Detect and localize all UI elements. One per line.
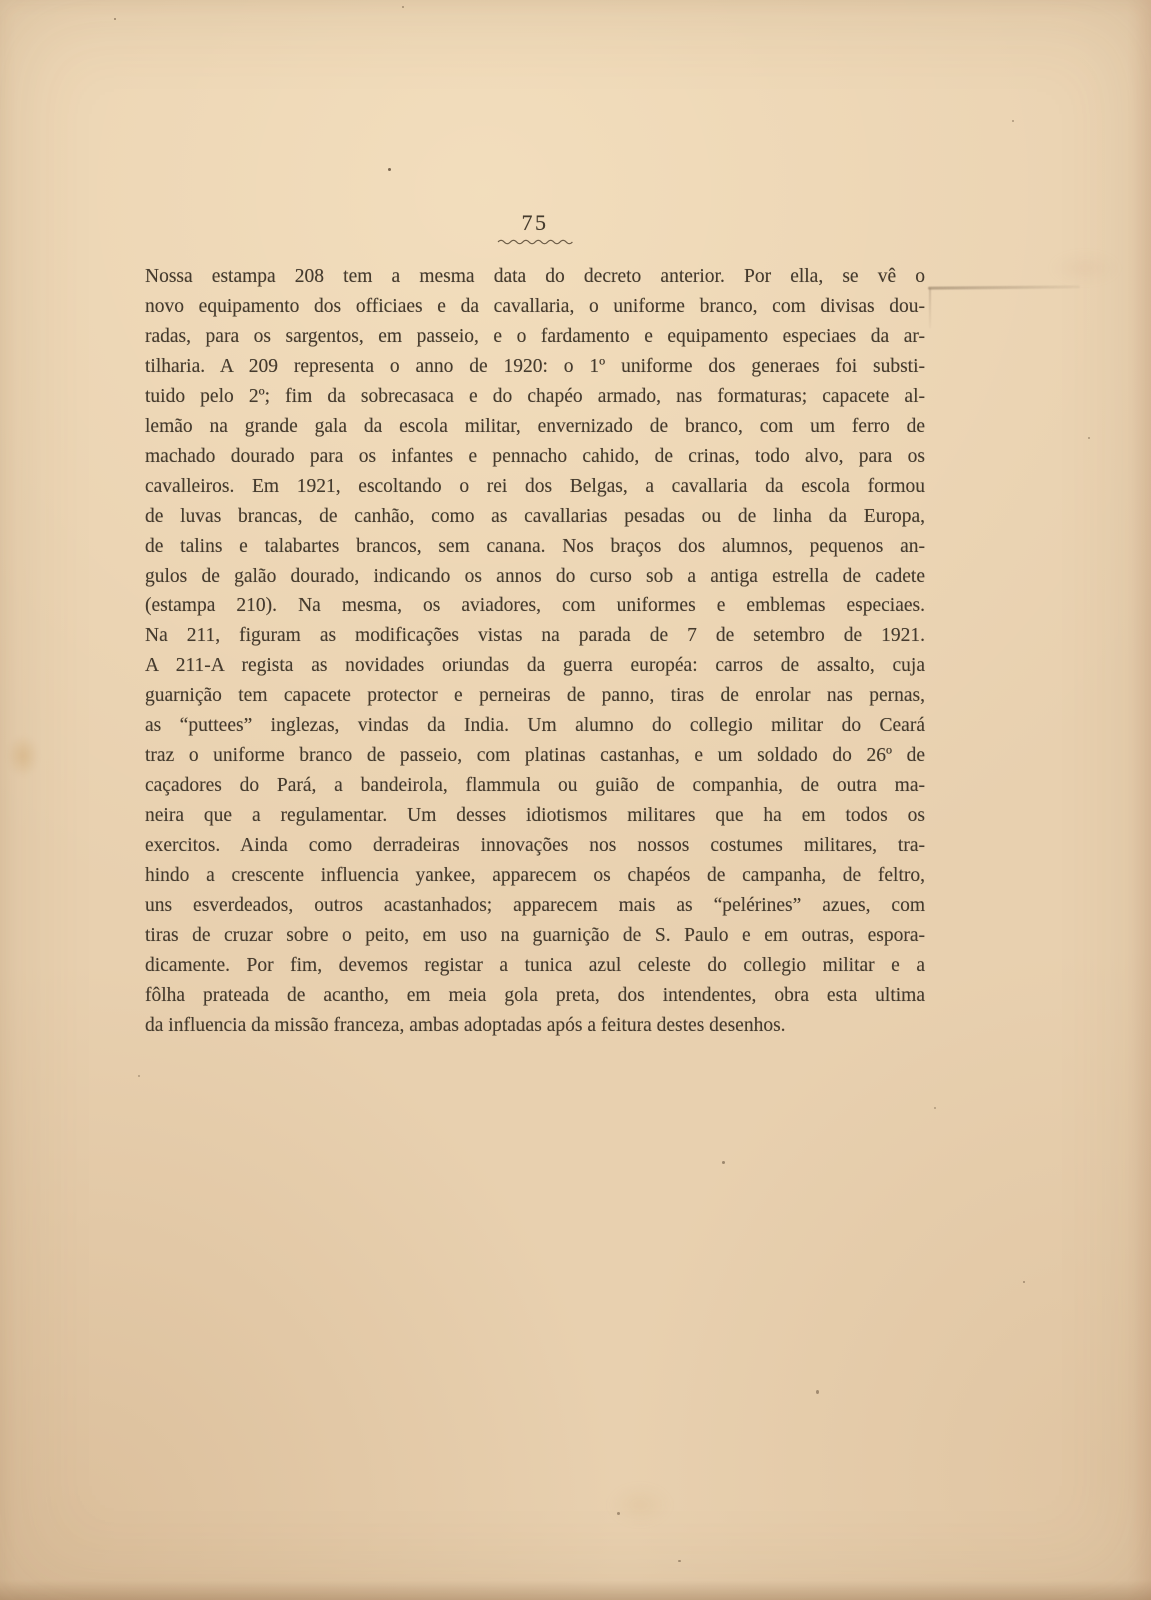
page-edge-shading [1127,0,1151,1600]
text-line: traz o uniforme branco de passeio, com p… [145,741,925,771]
paper-speck [816,1390,819,1394]
paper-speck [1012,120,1014,122]
text-line: neira que a regulamentar. Um desses idio… [145,801,925,831]
pencil-mark [929,288,931,328]
paper-speck [1023,1281,1025,1283]
text-line: Na 211, figuram as modificações vistas n… [145,621,925,651]
paper-stain [1040,250,1130,286]
text-line: lemão na grande gala da escola militar, … [145,412,925,442]
text-line: dicamente. Por fim, devemos registar a t… [145,951,925,981]
wavy-underline-icon [497,237,573,245]
paper-speck [1088,437,1090,439]
text-line: caçadores do Pará, a bandeirola, flammul… [145,771,925,801]
text-line: tiras de cruzar sobre o peito, em uso na… [145,921,925,951]
text-line: tilharia. A 209 representa o anno de 192… [145,352,925,382]
text-line: radas, para os sargentos, em passeio, e … [145,322,925,352]
text-line: novo equipamento dos officiaes e da cava… [145,292,925,322]
text-line: as “puttees” inglezas, vindas da India. … [145,711,925,741]
paper-speck [388,168,391,171]
text-line: cavalleiros. Em 1921, escoltando o rei d… [145,472,925,502]
body-text: Nossa estampa 208 tem a mesma data do de… [145,262,925,1041]
text-line: hindo a crescente influencia yankee, app… [145,861,925,891]
text-line: uns esverdeados, outros acastanhados; ap… [145,891,925,921]
paper-stain [2,728,44,784]
page-number: 75 [145,212,925,234]
text-line: de luvas brancas, de canhão, como as cav… [145,502,925,532]
paper-speck [402,6,404,8]
text-line: machado dourado para os infantes e penna… [145,442,925,472]
text-line: tuido pelo 2º; fim da sobrecasaca e do c… [145,382,925,412]
text-line: exercitos. Ainda como derradeiras innova… [145,831,925,861]
text-line: A 211-A regista as novidades oriundas da… [145,651,925,681]
text-line: de talins e talabartes brancos, sem cana… [145,532,925,562]
paper-speck [617,1512,620,1515]
text-line: guarnição tem capacete protector e perne… [145,681,925,711]
paper-speck [722,1161,725,1164]
paper-speck [934,1107,936,1109]
pencil-mark [928,285,1080,289]
paper-stain [600,1480,680,1530]
page-number-block: 75 [145,212,925,245]
paper-speck [678,1560,681,1562]
text-line: (estampa 210). Na mesma, os aviadores, c… [145,591,925,621]
paper-speck [114,18,116,20]
text-line: da influencia da missão franceza, ambas … [145,1011,925,1041]
text-line: Nossa estampa 208 tem a mesma data do de… [145,262,925,292]
page-edge-shading [0,1580,1151,1600]
text-line: gulos de galão dourado, indicando os ann… [145,562,925,592]
paper-speck [138,1075,140,1077]
text-line: fôlha prateada de acantho, em meia gola … [145,981,925,1011]
scanned-book-page: 75 Nossa estampa 208 tem a mesma data do… [0,0,1151,1600]
